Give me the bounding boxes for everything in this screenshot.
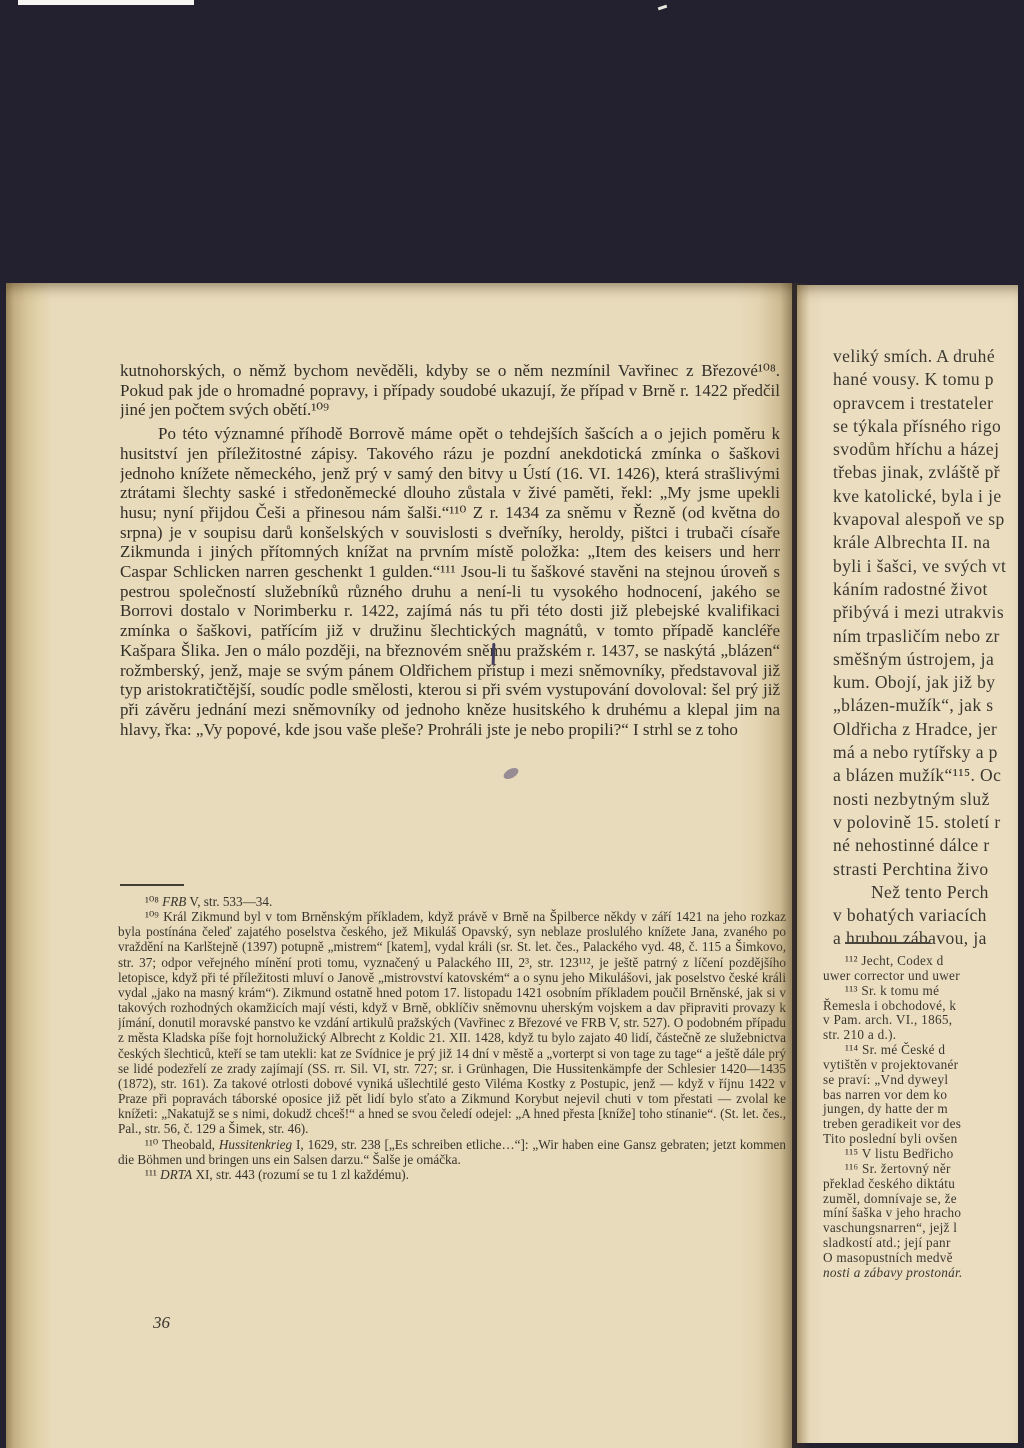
text-line: kve katolické, byla i je <box>833 485 1006 508</box>
text-line: byli i šašci, ve svých vt <box>833 555 1006 578</box>
footnote-separator <box>845 942 930 944</box>
text-line: se týkala přísného rigo <box>833 415 1006 438</box>
footnote-line: vaschungsnarren“, jejž l <box>823 1221 963 1236</box>
text-line: přibývá i mezi utrakvis <box>833 601 1006 624</box>
footnote-line: ¹¹³ Sr. k tomu mé <box>823 984 963 999</box>
text-line: svodům hříchu a házej <box>833 438 1006 461</box>
text-line: má a nebo rytířsky a p <box>833 741 1006 764</box>
footnote-text: XI, str. 443 (rozumí se tu 1 zl každému)… <box>192 1167 409 1182</box>
text-line: né nehostinné dálce r <box>833 834 1006 857</box>
text-line: kum. Obojí, jak již by <box>833 671 1006 694</box>
scanned-book-spread: kutnohorských, o němž bychom nevěděli, k… <box>0 0 1024 1448</box>
text-line: v polovině 15. století r <box>833 811 1006 834</box>
footnote-italic-title: FRB <box>162 894 186 909</box>
text-line: kvapoval alespoň ve sp <box>833 508 1006 531</box>
body-paragraph: kutnohorských, o němž bychom nevěděli, k… <box>120 361 780 420</box>
left-page: kutnohorských, o němž bychom nevěděli, k… <box>6 283 792 1448</box>
footnote-text: V, str. 533—34. <box>186 894 272 909</box>
footnote-line: ¹¹⁵ V listu Bedřicho <box>823 1147 963 1162</box>
text-line: ním trpasličím nebo zr <box>833 625 1006 648</box>
footnote-109: ¹⁰⁹ Král Zikmund byl v tom Brněnským pří… <box>118 909 786 1136</box>
footnote-110: ¹¹⁰ Theobald, Hussitenkrieg I, 1629, str… <box>118 1137 786 1167</box>
footnote-line: ¹¹⁶ Sr. žertovný něr <box>823 1162 963 1177</box>
footnote-line: str. 210 a d.). <box>823 1028 963 1043</box>
footnote-line: ¹¹⁴ Sr. mé České d <box>823 1043 963 1058</box>
text-line: krále Albrechta II. na <box>833 531 1006 554</box>
footnote-line: bas narren vor dem ko <box>823 1088 963 1103</box>
footnote-marker: ¹¹⁰ Theobald, <box>145 1137 219 1152</box>
footnote-111: ¹¹¹ DRTA XI, str. 443 (rozumí se tu 1 zl… <box>118 1167 786 1182</box>
footnote-line: v Pam. arch. VI., 1865, <box>823 1013 963 1028</box>
footnote-line: míní šaška v jeho hracho <box>823 1206 963 1221</box>
text-line: hané vousy. K tomu p <box>833 368 1006 391</box>
text-line: a blázen mužík“¹¹⁵. Oc <box>833 764 1006 787</box>
text-line: a hrubou zábavou, ja <box>833 927 1006 950</box>
footnote-marker: ¹⁰⁸ <box>145 894 162 909</box>
text-line: káním radostné život <box>833 578 1006 601</box>
text-line: směšným ústrojem, ja <box>833 648 1006 671</box>
footnote-separator <box>120 884 184 886</box>
footnote-line: Řemesla i obchodové, k <box>823 999 963 1014</box>
footnote-line: treben geradikeit vor des <box>823 1117 963 1132</box>
footnote-italic-title: Hussitenkrieg <box>219 1137 292 1152</box>
right-page-partial: veliký smích. A druhé hané vousy. K tomu… <box>797 285 1018 1443</box>
footnote-line: jungen, dy hatte der m <box>823 1102 963 1117</box>
text-line: strasti Perchtina živo <box>833 858 1006 881</box>
footnote-108: ¹⁰⁸ FRB V, str. 533—34. <box>118 894 786 909</box>
body-paragraph: Po této významné příhodě Borrově máme op… <box>120 424 780 739</box>
left-page-body-text: kutnohorských, o němž bychom nevěděli, k… <box>120 361 780 863</box>
footnote-line: se praví: „Vnd dyweyl <box>823 1073 963 1088</box>
text-line: „blázen-mužík“, jak s <box>833 694 1006 717</box>
footnote-marker: ¹¹¹ <box>145 1167 160 1182</box>
scan-dust-speck <box>658 5 667 11</box>
text-line: opravcem i trestateler <box>833 392 1006 415</box>
text-line: nosti nezbytným služ <box>833 788 1006 811</box>
footnote-line: sladkostí atd.; její panr <box>823 1236 963 1251</box>
text-line: Oldřicha z Hradce, jer <box>833 718 1006 741</box>
page-number: 36 <box>153 1313 170 1333</box>
footnote-line: O masopustních medvě <box>823 1251 963 1266</box>
footnote-line: uwer corrector und uwer <box>823 969 963 984</box>
footnote-line: Tito poslední byli ovšen <box>823 1132 963 1147</box>
text-line: Než tento Perch <box>833 881 1006 904</box>
footnote-line: vytištěn v projektovanér <box>823 1058 963 1073</box>
right-page-body-text: veliký smích. A druhé hané vousy. K tomu… <box>833 345 1006 951</box>
left-page-footnotes: ¹⁰⁸ FRB V, str. 533—34. ¹⁰⁹ Král Zikmund… <box>118 894 786 1312</box>
scan-edge-highlight <box>18 0 194 5</box>
text-line: třebas jinak, zvláště př <box>833 461 1006 484</box>
footnote-line: ¹¹² Jecht, Codex d <box>823 954 963 969</box>
right-page-footnotes: ¹¹² Jecht, Codex d uwer corrector und uw… <box>823 954 963 1281</box>
footnote-line: nosti a zábavy prostonár. <box>823 1266 963 1281</box>
footnote-line: překlad českého diktátu <box>823 1177 963 1192</box>
text-line: v bohatých variacích <box>833 904 1006 927</box>
text-line: veliký smích. A druhé <box>833 345 1006 368</box>
footnote-italic-title: DRTA <box>160 1167 192 1182</box>
footnote-line: zuměl, domnívaje se, že <box>823 1192 963 1207</box>
